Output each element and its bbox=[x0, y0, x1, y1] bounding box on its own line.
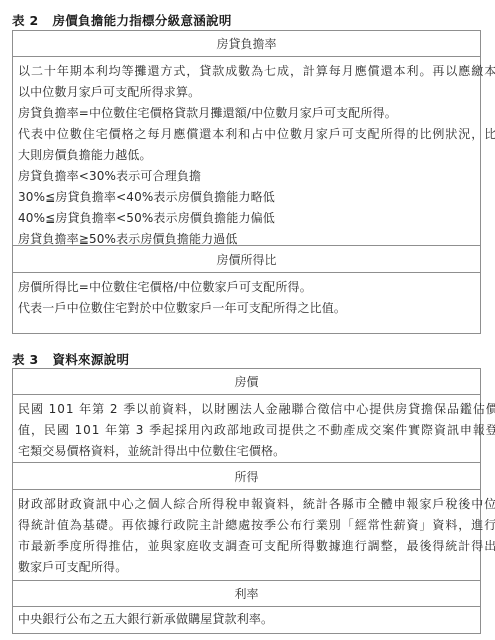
table3-body-income: 財政部財政資訊中心之個人綜合所得稅申報資料，統計各縣市全體申報家戶稅後中位數所 … bbox=[13, 490, 480, 581]
table2: 房貸負擔率 以二十年期本利均等攤還方式，貸款成數為七成，計算每月應償還本利。再以… bbox=[12, 30, 481, 334]
text-line: 房貸負擔率<30%表示可合理負擔 bbox=[18, 166, 475, 187]
table3-title-text: 資料來源說明 bbox=[52, 352, 129, 367]
text-line: 財政部財政資訊中心之個人綜合所得稅申報資料，統計各縣市全體申報家戶稅後中位數所 bbox=[18, 494, 475, 515]
text-line: 以二十年期本利均等攤還方式，貸款成數為七成，計算每月應償還本利。再以應繳本利除 bbox=[18, 61, 475, 82]
text-line: 數家戶可支配所得。 bbox=[18, 557, 475, 578]
text-line: 房貸負擔率=中位數住宅價格貸款月攤還額/中位數月家戶可支配所得。 bbox=[18, 103, 475, 124]
table3-title: 表 3資料來源說明 bbox=[12, 350, 129, 368]
text-line: 宅類交易價格資料，並統計得出中位數住宅價格。 bbox=[18, 441, 475, 462]
header-label: 房價 bbox=[234, 373, 258, 390]
text-line: 房價所得比=中位數住宅價格/中位數家戶可支配所得。 bbox=[18, 277, 475, 298]
table3-number: 表 3 bbox=[12, 350, 38, 368]
text-line: 民國 101 年第 2 季以前資料，以財團法人金融聯合徵信中心提供房貸擔保品鑑估… bbox=[18, 399, 475, 420]
table2-body-price-income-ratio: 房價所得比=中位數住宅價格/中位數家戶可支配所得。 代表一戶中位數住宅對於中位數… bbox=[13, 273, 480, 333]
table2-title: 表 2房價負擔能力指標分級意涵說明 bbox=[12, 11, 232, 29]
table2-header-mortgage-burden: 房貸負擔率 bbox=[13, 31, 480, 57]
table2-number: 表 2 bbox=[12, 11, 38, 29]
text-line: 代表一戶中位數住宅對於中位數家戶一年可支配所得之比值。 bbox=[18, 298, 475, 319]
header-label: 房貸負擔率 bbox=[216, 35, 276, 52]
table3: 房價 民國 101 年第 2 季以前資料，以財團法人金融聯合徵信中心提供房貸擔保… bbox=[12, 368, 481, 634]
table3-body-house-price: 民國 101 年第 2 季以前資料，以財團法人金融聯合徵信中心提供房貸擔保品鑑估… bbox=[13, 395, 480, 463]
table3-header-house-price: 房價 bbox=[13, 369, 480, 395]
text-line: 市最新季度所得推估，並與家庭收支調查可支配所得數據進行調整，最後得統計得出中位 bbox=[18, 536, 475, 557]
text-line: 得統計值為基礎。再依據行政院主計總處按季公布行業別「經常性薪資」資料，進行各縣 bbox=[18, 515, 475, 536]
table2-body-mortgage-burden: 以二十年期本利均等攤還方式，貸款成數為七成，計算每月應償還本利。再以應繳本利除 … bbox=[13, 57, 480, 246]
header-label: 房價所得比 bbox=[216, 251, 276, 268]
table3-header-interest-rate: 利率 bbox=[13, 581, 480, 607]
text-line: 40%≦房貸負擔率<50%表示房價負擔能力偏低 bbox=[18, 208, 475, 229]
header-label: 所得 bbox=[234, 468, 258, 485]
table2-header-price-income-ratio: 房價所得比 bbox=[13, 246, 480, 273]
text-line: 代表中位數住宅價格之每月應償還本利和占中位數月家戶可支配所得的比例狀況，比例越 bbox=[18, 124, 475, 145]
header-label: 利率 bbox=[234, 585, 258, 602]
text-line: 以中位數月家戶可支配所得求算。 bbox=[18, 82, 475, 103]
text-line: 30%≦房貸負擔率<40%表示房價負擔能力略低 bbox=[18, 187, 475, 208]
table3-body-interest-rate: 中央銀行公布之五大銀行新承做購屋貸款利率。 bbox=[13, 607, 480, 633]
table2-title-text: 房價負擔能力指標分級意涵說明 bbox=[52, 13, 231, 28]
table3-header-income: 所得 bbox=[13, 463, 480, 490]
text-line: 大則房價負擔能力越低。 bbox=[18, 145, 475, 166]
text-line: 中央銀行公布之五大銀行新承做購屋貸款利率。 bbox=[18, 609, 475, 630]
text-line: 值，民國 101 年第 3 季起採用內政部地政司提供之不動產成交案件實際資訊申報… bbox=[18, 420, 475, 441]
